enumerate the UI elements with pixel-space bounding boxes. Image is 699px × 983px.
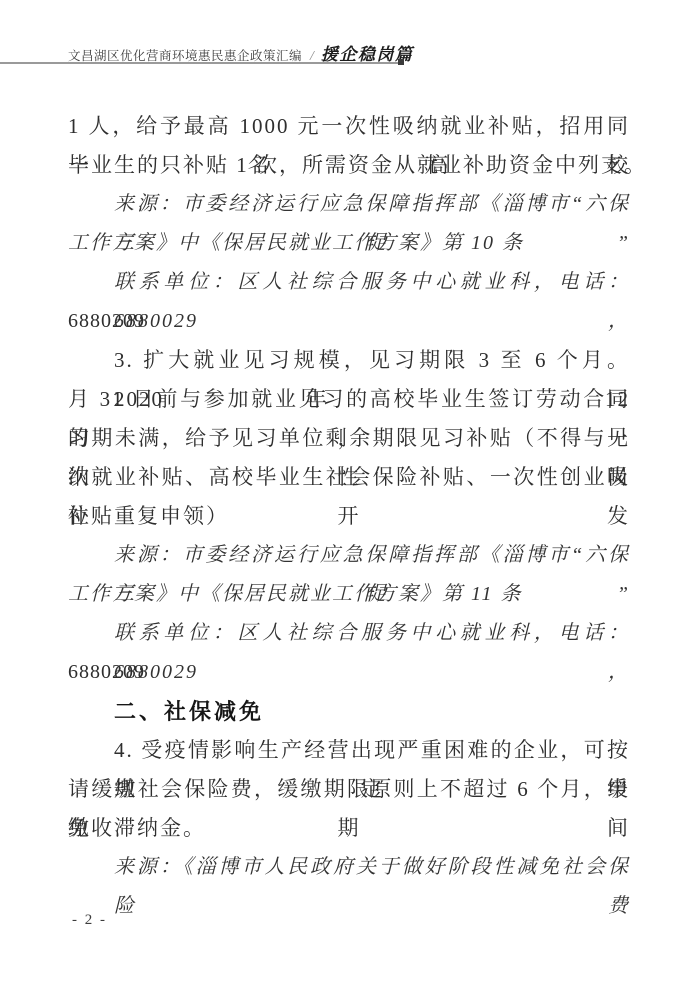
text-line: 4. 受疫情影响生产经营出现严重困难的企业，可按规定申 bbox=[68, 731, 630, 770]
document-body: 1 人，给予最高 1000 元一次性吸纳就业补贴，招用同一名高校毕业生的只补贴 … bbox=[68, 107, 630, 887]
text-line: 来源：市委经济运行应急保障指挥部《淄博市“六保三促” bbox=[68, 185, 630, 224]
rule-end-dot-icon bbox=[398, 59, 404, 65]
text-line: 联系单位：区人社综合服务中心就业科，电话：6880029， bbox=[68, 614, 630, 653]
text-line: 纳就业补贴、高校毕业生社会保险补贴、一次性创业岗位开发 bbox=[68, 458, 630, 497]
text-line: 3. 扩大就业见习规模，见习期限 3 至 6 个月。2020 年 12 bbox=[68, 341, 630, 380]
text-line: 月 31 日前与参加就业见习的高校毕业生签订劳动合同的，见 bbox=[68, 380, 630, 419]
text-line: 习期未满，给予见习单位剩余期限见习补贴（不得与一次性吸 bbox=[68, 419, 630, 458]
text-line: 毕业生的只补贴 1 次，所需资金从就业补助资金中列支。 bbox=[68, 146, 630, 185]
text-line: 来源：市委经济运行应急保障指挥部《淄博市“六保三促” bbox=[68, 536, 630, 575]
document-page: 文昌湖区优化营商环境惠民惠企政策汇编 / 援企稳岗篇 1 人，给予最高 1000… bbox=[0, 0, 699, 983]
section-heading: 二、社保减免 bbox=[68, 692, 630, 731]
text-line: 联系单位：区人社综合服务中心就业科，电话：6880029， bbox=[68, 263, 630, 302]
text-line: 1 人，给予最高 1000 元一次性吸纳就业补贴，招用同一名高校 bbox=[68, 107, 630, 146]
text-line: 来源：《淄博市人民政府关于做好阶段性减免社会保险费 bbox=[68, 848, 630, 887]
header-rule bbox=[0, 62, 401, 64]
page-number: - 2 - bbox=[72, 912, 107, 929]
text-line: 请缓缴社会保险费，缓缴期限原则上不超过 6 个月，缓缴期间 bbox=[68, 770, 630, 809]
